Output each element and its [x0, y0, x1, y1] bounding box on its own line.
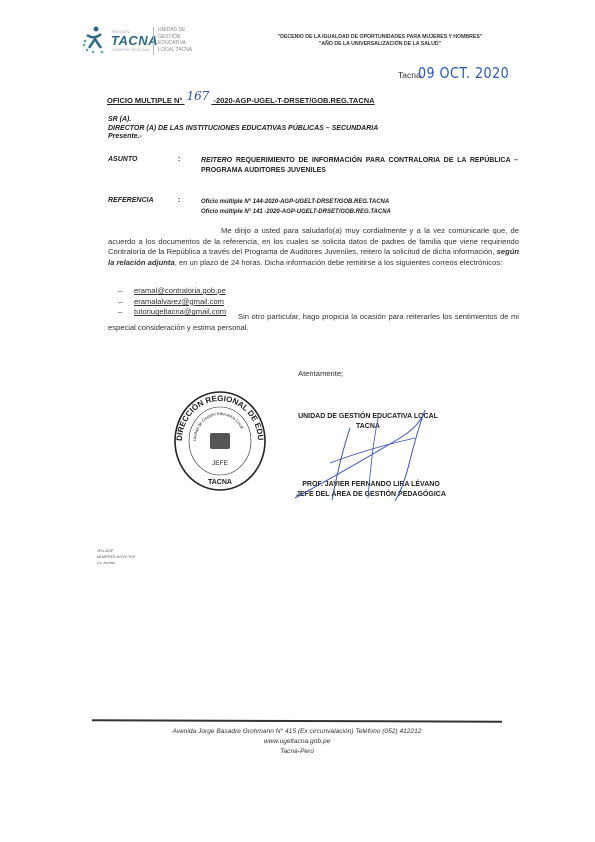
closing-text: Sin otro particular, hago propicia la oc…	[108, 312, 519, 332]
motto-line: "DECENIO DE LA IGUALDAD DE OPORTUNIDADES…	[235, 34, 525, 41]
bullet-dash: –	[118, 297, 134, 308]
recipient-presente: Presente.-	[108, 133, 378, 142]
signature-unit-line: TACNA	[268, 422, 468, 432]
signature-unit-line: UNIDAD DE GESTIÓN EDUCATIVA LOCAL	[268, 412, 468, 422]
email-link[interactable]: eramal@contraloria.gob.pe	[134, 286, 226, 295]
referencia-list: Oficio múltiple N° 144-2020-AGP-UGELT-DR…	[201, 197, 391, 217]
body-part2: , en un plazo de 24 horas. Dicha informa…	[175, 258, 503, 267]
asunto-colon: :	[178, 156, 180, 163]
svg-text:TACNA: TACNA	[208, 479, 232, 486]
referencia-item: Oficio múltiple N° 144-2020-AGP-UGELT-DR…	[201, 197, 391, 207]
asunto-label: ASUNTO	[108, 156, 137, 163]
referencia-item: Oficio múltiple N° 141 -2020-AGP-UGELT-D…	[201, 207, 391, 217]
reference-initials: JFLL/AGP MLMP/EES-HGYE-TOE Cc. Archivo	[97, 548, 135, 566]
oficio-prefix: OFICIO MULTIPLE N°	[107, 96, 182, 105]
email-link[interactable]: eramalalvarez@gmail.com	[134, 297, 224, 306]
recipient-title: DIRECTOR (A) DE LAS INSTITUCIONES EDUCAT…	[108, 125, 378, 134]
signatory-title: JEFE DEL ÁREA DE GESTIÓN PEDAGÓGICA	[276, 490, 466, 500]
date-stamp: 09 OCT. 2020	[418, 64, 509, 82]
logo-figure-icon	[82, 26, 106, 54]
header-motto: "DECENIO DE LA IGUALDAD DE OPORTUNIDADES…	[235, 34, 525, 47]
body-paragraph: Me dirijo a usted para saludarlo(a) muy …	[108, 226, 519, 268]
footer-divider	[92, 719, 502, 722]
footer-location: Tacna-Perú	[92, 747, 502, 757]
oficio-suffix: -2020-AGP-UGEL-T-DRSET/GOB.REG.TACNA	[213, 96, 374, 105]
logo-divider	[153, 27, 154, 55]
body-part1: Me dirijo a usted para saludarlo(a) muy …	[108, 226, 519, 256]
referencia-colon: :	[178, 197, 180, 204]
referencia-label: REFERENCIA	[108, 197, 154, 204]
footer-address: Avenida Jorge Basadre Grohmann N° 415 (E…	[92, 727, 502, 737]
asunto-text: REITERO REQUERIMIENTO DE INFORMACIÓN PAR…	[201, 156, 518, 176]
logo-tagline: GOBIERNO REGIONAL	[112, 48, 150, 52]
signatory-name: PROF. JAVIER FERNANDO LIRA LÉVANO	[276, 480, 466, 490]
recipient-block: SR (A). DIRECTOR (A) DE LAS INSTITUCIONE…	[108, 116, 378, 142]
official-seal-icon: DIRECCIÓN REGIONAL DE EDUCACIÓN Unidad d…	[172, 389, 268, 493]
footer-website[interactable]: www.ugeltacna.gob.pe	[92, 737, 502, 747]
email-item: –eramal@contraloria.gob.pe	[118, 286, 226, 297]
oficio-handwritten-number: 167	[186, 89, 209, 103]
logo-name: TACNA	[111, 33, 158, 48]
recipient-salutation: SR (A).	[108, 116, 378, 125]
closing-paragraph: Sin otro particular, hago propicia la oc…	[108, 312, 519, 333]
logo-unit-line: LOCAL TACNA	[158, 47, 198, 54]
initials-line: Cc. Archivo	[97, 560, 135, 566]
bullet-dash: –	[118, 286, 134, 297]
asunto-lead: REITERO	[201, 157, 232, 164]
motto-line: "AÑO DE LA UNIVERSALIZACIÓN DE LA SALUD"	[235, 41, 525, 48]
oficio-title: OFICIO MULTIPLE N° 167 -2020-AGP-UGEL-T-…	[107, 92, 375, 106]
sign-off: Atentamente;	[298, 369, 343, 378]
footer: Avenida Jorge Basadre Grohmann N° 415 (E…	[92, 727, 502, 756]
signature-unit: UNIDAD DE GESTIÓN EDUCATIVA LOCAL TACNA	[268, 412, 468, 432]
email-item: –eramalalvarez@gmail.com	[118, 297, 226, 308]
ugel-tacna-logo: REGIÓN TACNA GOBIERNO REGIONAL UNIDAD DE…	[82, 24, 242, 58]
logo-unit-text: UNIDAD DE GESTIÓN EDUCATIVA LOCAL TACNA	[158, 27, 198, 53]
signatory: PROF. JAVIER FERNANDO LIRA LÉVANO JEFE D…	[276, 480, 466, 500]
asunto-body: REQUERIMIENTO DE INFORMACIÓN PARA CONTRA…	[201, 157, 518, 174]
svg-text:JEFE: JEFE	[212, 460, 229, 467]
